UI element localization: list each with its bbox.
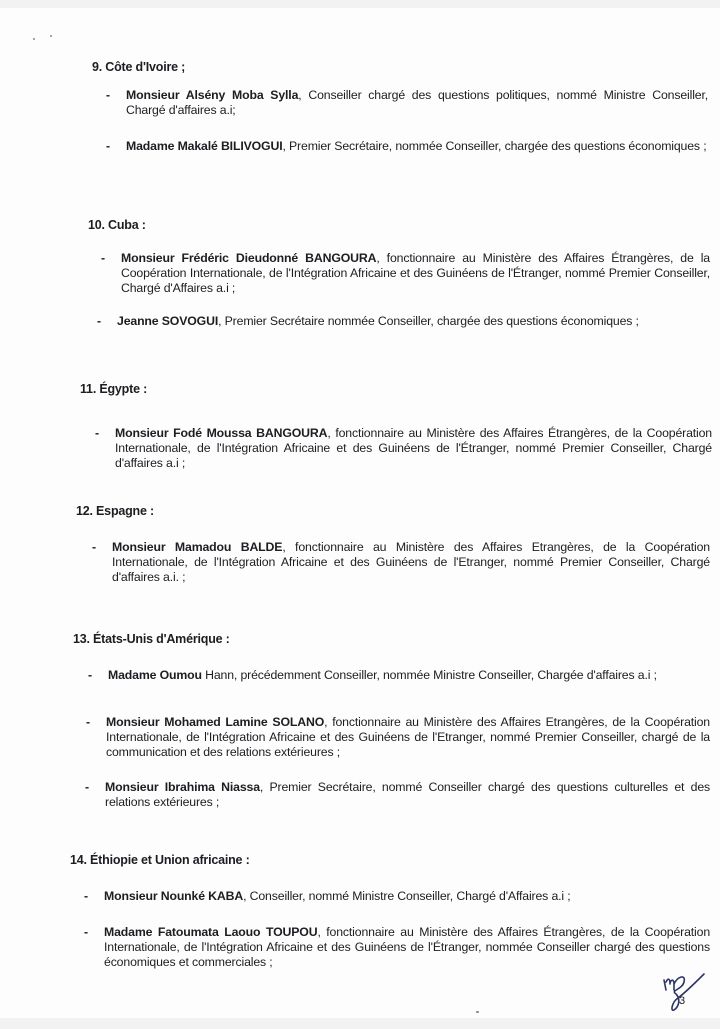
page-number: 3 — [679, 995, 685, 1007]
signature-initials-icon — [660, 968, 706, 1016]
person-name: Monsieur Mohamed Lamine SOLANO — [106, 715, 324, 729]
bullet-dash: - — [92, 540, 96, 555]
list-item: - Monsieur Frédéric Dieudonné BANGOURA, … — [121, 251, 710, 296]
list-item: - Madame Fatoumata Laouo TOUPOU, fonctio… — [104, 925, 710, 970]
appointment-text: Hann, précédemment Conseiller, nommée Mi… — [202, 668, 657, 682]
person-name: Madame Oumou — [108, 668, 202, 682]
list-item: - Madame Makalé BILIVOGUI, Premier Secré… — [126, 139, 708, 154]
document-page: 9. Côte d'Ivoire ; - Monsieur Alsény Mob… — [0, 8, 720, 1018]
list-item: - Jeanne SOVOGUI, Premier Secrétaire nom… — [117, 314, 710, 329]
person-name: Monsieur Frédéric Dieudonné BANGOURA — [121, 251, 376, 265]
person-name: Monsieur Alsény Moba Sylla — [126, 88, 298, 102]
person-name: Monsieur Fodé Moussa BANGOURA — [115, 426, 327, 440]
appointment-text: , Premier Secrétaire nommée Conseiller, … — [218, 314, 639, 328]
bullet-dash: - — [85, 780, 89, 795]
person-name: Jeanne SOVOGUI — [117, 314, 218, 328]
person-name: Madame Makalé BILIVOGUI — [126, 139, 282, 153]
person-name: Monsieur Ibrahima Niassa — [105, 780, 260, 794]
bullet-dash: - — [88, 668, 92, 683]
appointment-text: , Conseiller, nommé Ministre Conseiller,… — [243, 889, 570, 903]
bullet-dash: - — [106, 139, 110, 154]
person-name: Monsieur Nounké KABA — [104, 889, 243, 903]
section-title-etats-unis: 13. États-Unis d'Amérique : — [73, 632, 230, 646]
section-title-ethiopie: 14. Éthiopie et Union africaine : — [70, 853, 250, 867]
scan-speck — [50, 35, 52, 37]
bullet-dash: - — [95, 426, 99, 441]
bullet-dash: - — [84, 889, 88, 904]
bullet-dash: - — [86, 715, 90, 730]
list-item: - Monsieur Nounké KABA, Conseiller, nomm… — [104, 889, 710, 904]
section-title-egypte: 11. Égypte : — [80, 382, 147, 396]
bullet-dash: - — [106, 88, 110, 103]
section-title-cote-divoire: 9. Côte d'Ivoire ; — [92, 60, 185, 74]
section-title-cuba: 10. Cuba : — [88, 218, 146, 232]
scan-speck — [476, 1011, 479, 1013]
scan-speck — [33, 38, 35, 40]
person-name: Madame Fatoumata Laouo TOUPOU — [104, 925, 317, 939]
section-title-espagne: 12. Espagne : — [76, 504, 154, 518]
bullet-dash: - — [84, 925, 88, 940]
list-item: - Monsieur Mamadou BALDE, fonctionnaire … — [112, 540, 710, 585]
list-item: - Monsieur Alsény Moba Sylla, Conseiller… — [126, 88, 708, 118]
bullet-dash: - — [97, 314, 101, 329]
list-item: - Monsieur Mohamed Lamine SOLANO, foncti… — [106, 715, 710, 760]
appointment-text: , Premier Secrétaire, nommée Conseiller,… — [282, 139, 706, 153]
list-item: - Madame Oumou Hann, précédemment Consei… — [108, 668, 710, 683]
person-name: Monsieur Mamadou BALDE — [112, 540, 282, 554]
list-item: - Monsieur Ibrahima Niassa, Premier Secr… — [105, 780, 710, 810]
list-item: - Monsieur Fodé Moussa BANGOURA, fonctio… — [115, 426, 712, 471]
bullet-dash: - — [101, 251, 105, 266]
